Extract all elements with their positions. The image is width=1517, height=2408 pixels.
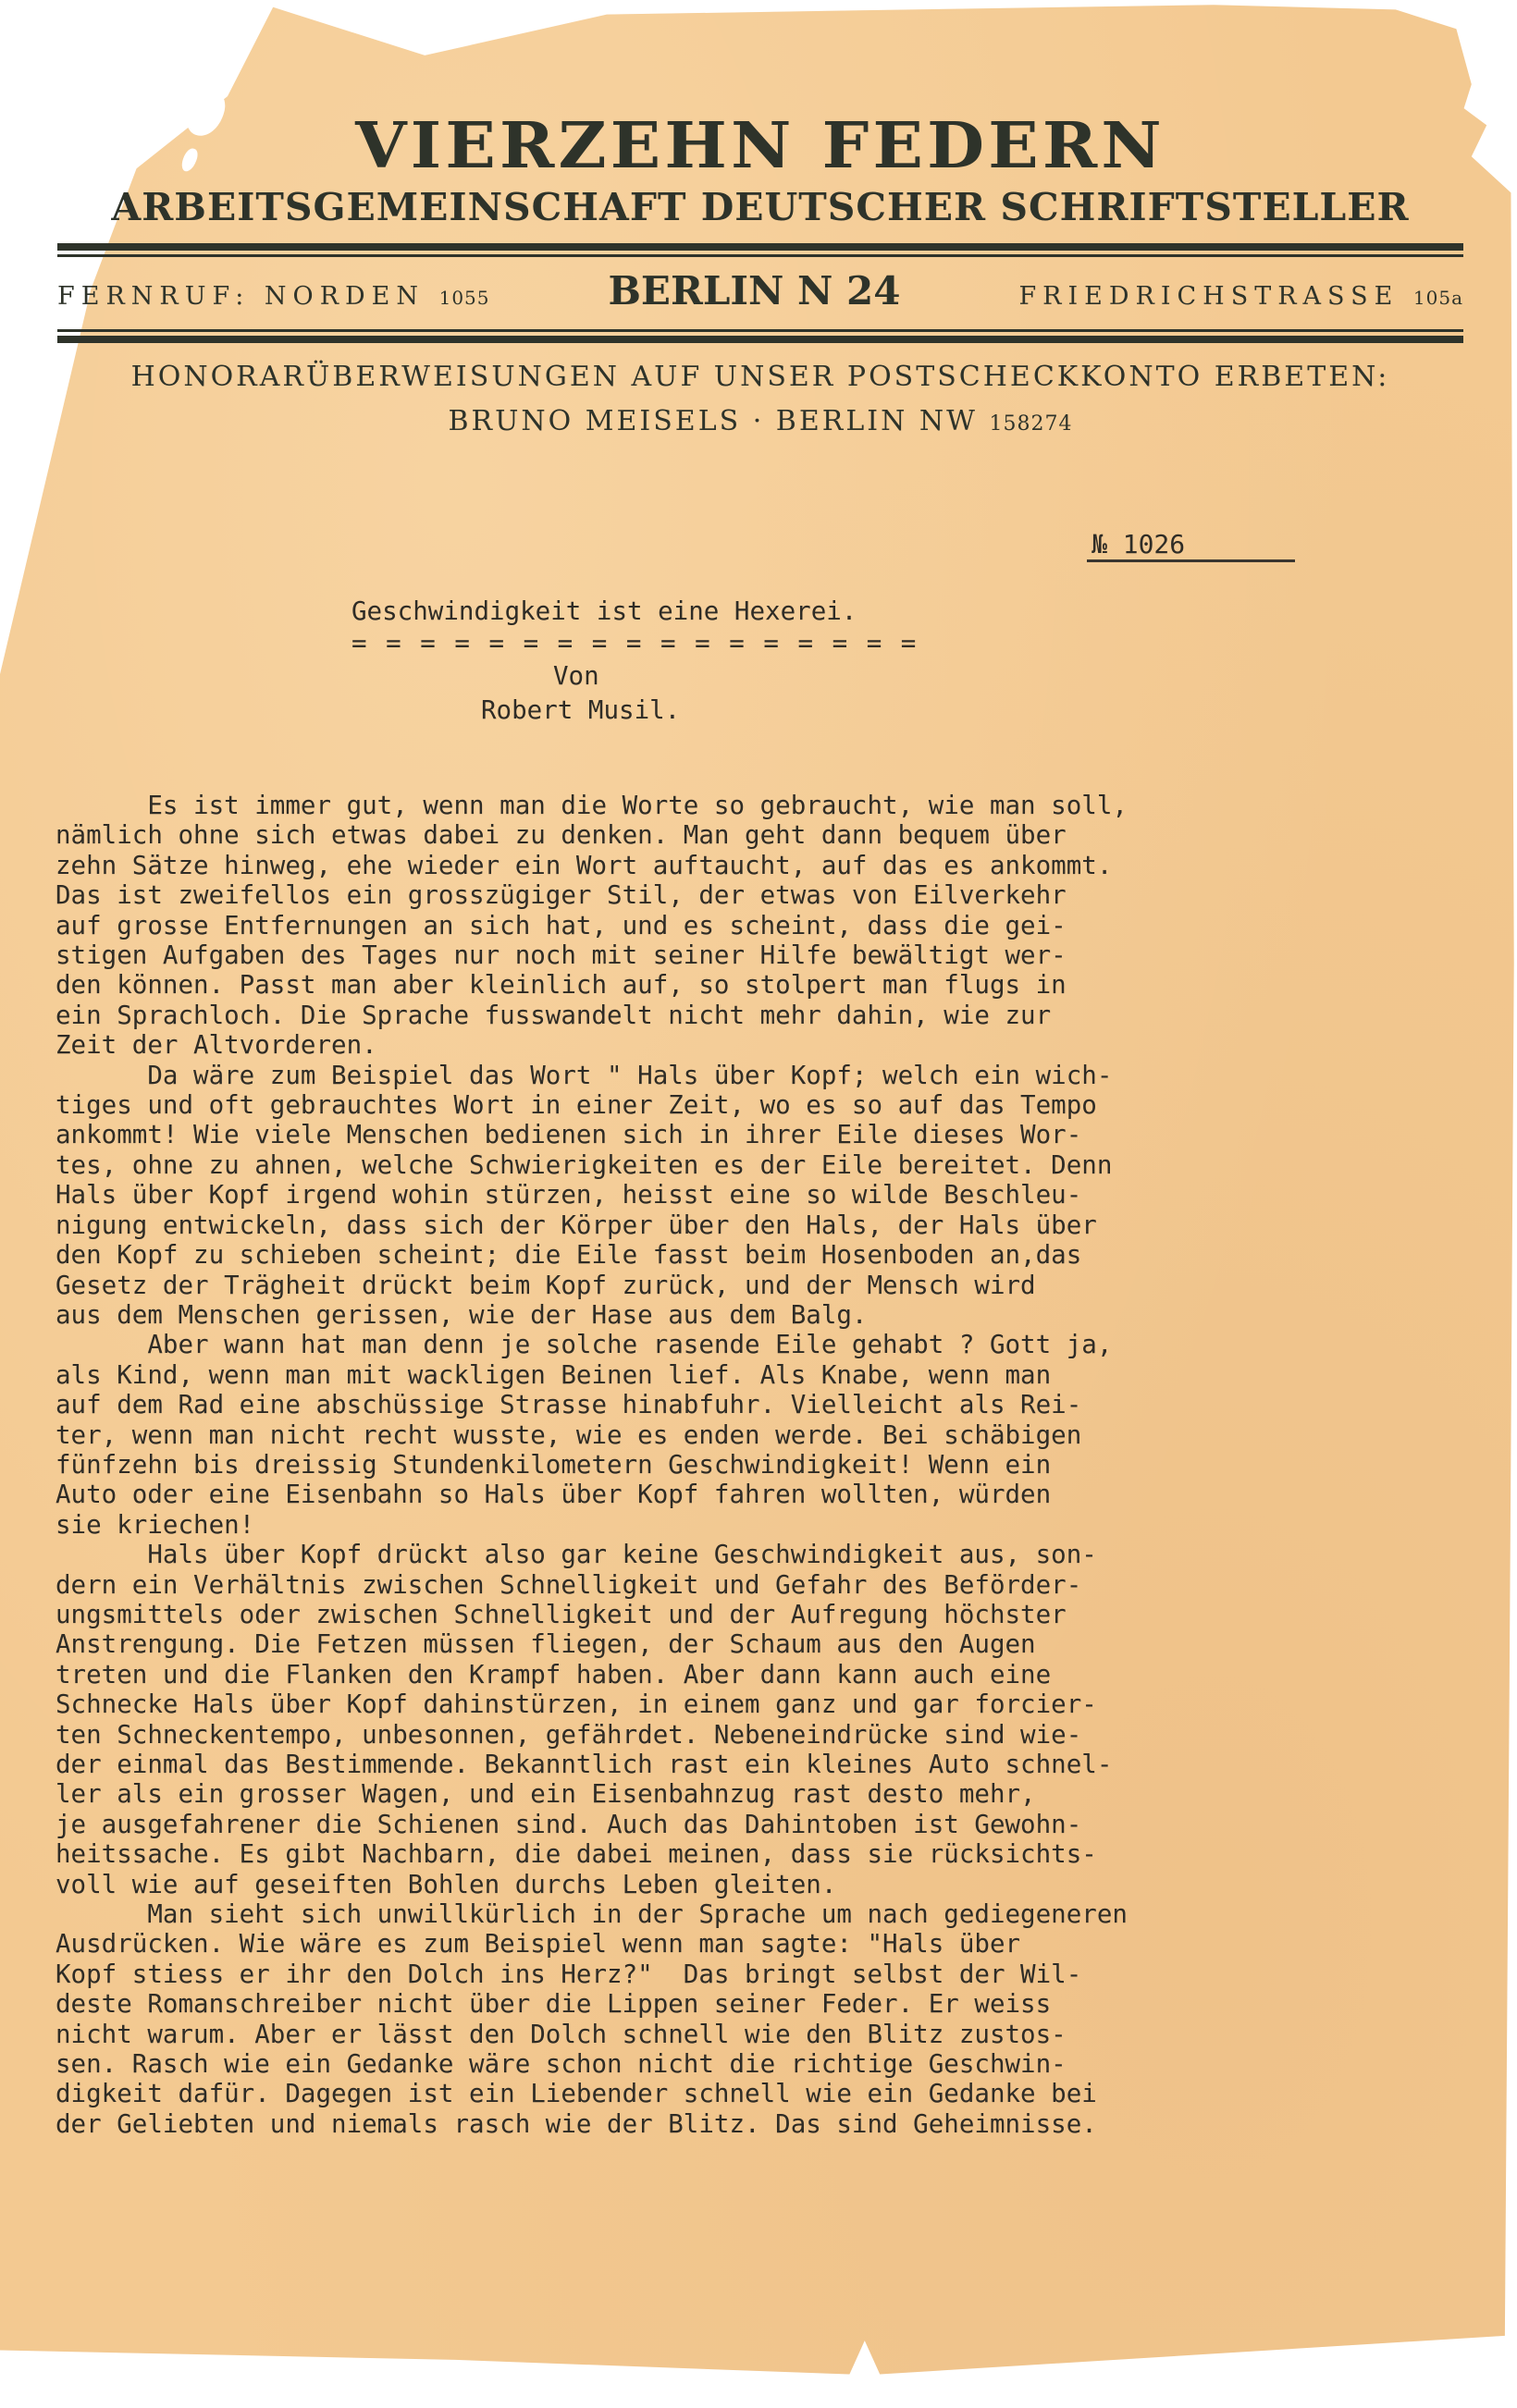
body-line: dern ein Verhältnis zwischen Schnelligke… [55, 1570, 1350, 1600]
body-line: Es ist immer gut, wenn man die Worte so … [55, 791, 1350, 820]
body-text: Es ist immer gut, wenn man die Worte so … [55, 791, 1350, 2139]
body-line: den können. Passt man aber kleinlich auf… [55, 970, 1350, 1000]
author-name: Robert Musil. [481, 695, 680, 725]
body-line: nämlich ohne sich etwas dabei zu denken.… [55, 820, 1350, 850]
body-line: deste Romanschreiber nicht über die Lipp… [55, 1989, 1350, 2019]
body-line: tes, ohne zu ahnen, welche Schwierigkeit… [55, 1150, 1350, 1180]
body-line: heitssache. Es gibt Nachbarn, die dabei … [55, 1839, 1350, 1869]
body-line: Hals über Kopf irgend wohin stürzen, hei… [55, 1180, 1350, 1210]
city-postal: BERLIN N 24 [608, 268, 900, 313]
title-underline: = = = = = = = = = = = = = = = = = [351, 629, 918, 658]
body-line: als Kind, wenn man mit wackligen Beinen … [55, 1360, 1350, 1390]
bank-account-number: 158274 [990, 412, 1073, 436]
body-line: ter, wenn man nicht recht wusste, wie es… [55, 1420, 1350, 1450]
body-line: aus dem Menschen gerissen, wie der Hase … [55, 1300, 1350, 1330]
bank-account-line: BRUNO MEISELS · BERLIN NW 158274 [57, 405, 1463, 437]
letterhead-divider [57, 329, 1463, 343]
street-info: FRIEDRICHSTRASSE 105a [1018, 282, 1463, 311]
body-line: Gesetz der Trägheit drückt beim Kopf zur… [55, 1271, 1350, 1300]
street-number: 105a [1413, 287, 1463, 309]
body-line: Kopf stiess er ihr den Dolch ins Herz?" … [55, 1960, 1350, 1989]
letterhead-subtitle: ARBEITSGEMEINSCHAFT DEUTSCHER SCHRIFTSTE… [57, 185, 1463, 229]
body-line: der Geliebten und niemals rasch wie der … [55, 2109, 1350, 2139]
body-line: fünfzehn bis dreissig Stundenkilometern … [55, 1450, 1350, 1480]
letterhead-title: VIERZEHN FEDERN [22, 109, 1498, 183]
body-line: den Kopf zu schieben scheint; die Eile f… [55, 1240, 1350, 1270]
letterhead-divider [57, 243, 1463, 257]
body-line: Ausdrücken. Wie wäre es zum Beispiel wen… [55, 1929, 1350, 1959]
body-line: Man sieht sich unwillkürlich in der Spra… [55, 1899, 1350, 1929]
body-line: je ausgefahrener die Schienen sind. Auch… [55, 1810, 1350, 1839]
body-line: nigung entwickeln, dass sich der Körper … [55, 1210, 1350, 1240]
body-line: nicht warum. Aber er lässt den Dolch sch… [55, 2020, 1350, 2049]
body-line: ungsmittels oder zwischen Schnelligkeit … [55, 1600, 1350, 1629]
body-line: Da wäre zum Beispiel das Wort " Hals übe… [55, 1061, 1350, 1090]
body-line: Hals über Kopf drückt also gar keine Ges… [55, 1540, 1350, 1569]
phone-label: FERNRUF: NORDEN [57, 282, 425, 311]
body-line: ten Schneckentempo, unbesonnen, gefährde… [55, 1720, 1350, 1750]
phone-number: 1055 [439, 287, 490, 309]
body-line: auf dem Rad eine abschüssige Strasse hin… [55, 1390, 1350, 1419]
phone-info: FERNRUF: NORDEN 1055 [57, 282, 490, 311]
body-line: Schnecke Hals über Kopf dahinstürzen, in… [55, 1689, 1350, 1719]
body-line: tiges und oft gebrauchtes Wort in einer … [55, 1090, 1350, 1120]
body-line: zehn Sätze hinweg, ehe wieder ein Wort a… [55, 851, 1350, 880]
body-line: der einmal das Bestimmende. Bekanntlich … [55, 1750, 1350, 1779]
letterhead-contact: FERNRUF: NORDEN 1055 BERLIN N 24 FRIEDRI… [57, 268, 1463, 313]
body-line: Das ist zweifellos ein grosszügiger Stil… [55, 880, 1350, 910]
body-line: Zeit der Altvorderen. [55, 1030, 1350, 1060]
body-line: ein Sprachloch. Die Sprache fusswandelt … [55, 1001, 1350, 1030]
body-line: treten und die Flanken den Krampf haben.… [55, 1660, 1350, 1689]
body-line: ler als ein grosser Wagen, und ein Eisen… [55, 1779, 1350, 1809]
document-number-underline [1087, 559, 1295, 562]
body-line: voll wie auf geseiften Bohlen durchs Leb… [55, 1870, 1350, 1899]
body-line: Auto oder eine Eisenbahn so Hals über Ko… [55, 1480, 1350, 1509]
body-line: ankommt! Wie viele Menschen bedienen sic… [55, 1120, 1350, 1149]
bank-instruction: HONORARÜBERWEISUNGEN AUF UNSER POSTSCHEC… [57, 361, 1463, 393]
street-name: FRIEDRICHSTRASSE [1018, 282, 1399, 311]
body-line: auf grosse Entfernungen an sich hat, und… [55, 911, 1350, 940]
byline-prefix: Von [553, 661, 599, 691]
body-line: digkeit dafür. Dagegen ist ein Liebender… [55, 2079, 1350, 2108]
document-title: Geschwindigkeit ist eine Hexerei. [351, 596, 857, 626]
bank-name: BRUNO MEISELS · BERLIN NW [448, 405, 977, 437]
document-number: № 1026 [1091, 529, 1185, 559]
body-line: Anstrengung. Die Fetzen müssen fliegen, … [55, 1629, 1350, 1659]
body-line: sen. Rasch wie ein Gedanke wäre schon ni… [55, 2049, 1350, 2079]
body-line: Aber wann hat man denn je solche rasende… [55, 1330, 1350, 1359]
body-line: stigen Aufgaben des Tages nur noch mit s… [55, 940, 1350, 970]
body-line: sie kriechen! [55, 1510, 1350, 1540]
